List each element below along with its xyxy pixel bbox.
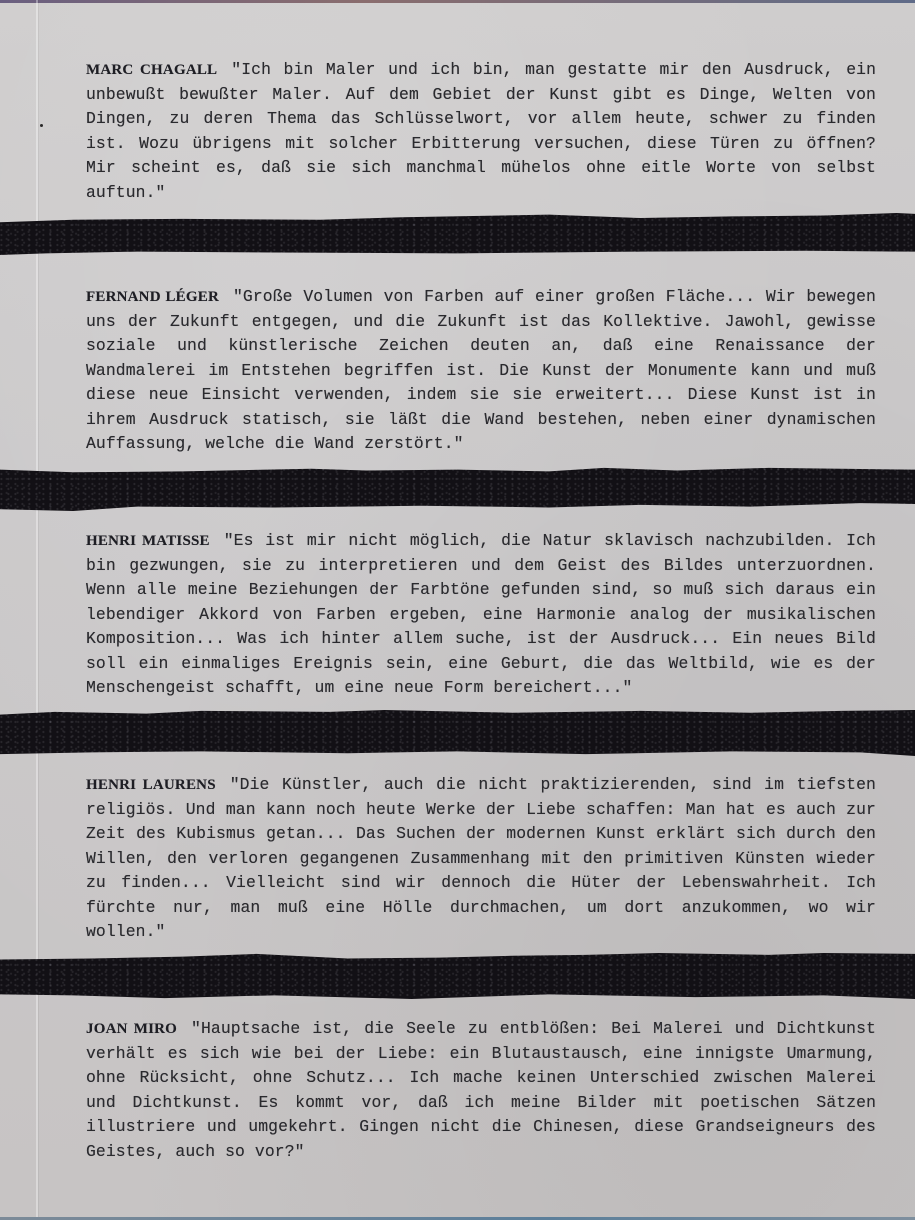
quote-text: "Ich bin Maler und ich bin, man gestatte… (86, 60, 876, 202)
ink-bar-divider (0, 467, 915, 511)
quote-text: "Große Volumen von Farben auf einer groß… (86, 287, 876, 453)
quote-leger: FERNAND LÉGER"Große Volumen von Farben a… (86, 285, 876, 457)
document-page: MARC CHAGALL"Ich bin Maler und ich bin, … (0, 0, 915, 1220)
quote-text: "Es ist mir nicht möglich, die Natur skl… (86, 531, 876, 697)
quote-chagall: MARC CHAGALL"Ich bin Maler und ich bin, … (86, 58, 876, 205)
ink-bar-divider (0, 213, 915, 255)
artist-name: FERNAND LÉGER (86, 289, 219, 305)
ink-speck (40, 124, 43, 127)
artist-name: MARC CHAGALL (86, 62, 217, 78)
artist-name: HENRI MATISSE (86, 533, 210, 549)
binding-fold-line (36, 0, 38, 1220)
ink-bar-divider (0, 953, 915, 999)
quote-text: "Hauptsache ist, die Seele zu entblößen:… (86, 1019, 876, 1161)
artist-name: HENRI LAURENS (86, 777, 216, 793)
quote-text: "Die Künstler, auch die nicht praktizier… (86, 775, 876, 941)
quote-miro: JOAN MIRO"Hauptsache ist, die Seele zu e… (86, 1017, 876, 1164)
page-top-edge (0, 0, 915, 3)
ink-bar-divider (0, 710, 915, 756)
artist-name: JOAN MIRO (86, 1021, 177, 1037)
quote-laurens: HENRI LAURENS"Die Künstler, auch die nic… (86, 773, 876, 945)
quote-matisse: HENRI MATISSE"Es ist mir nicht möglich, … (86, 529, 876, 701)
